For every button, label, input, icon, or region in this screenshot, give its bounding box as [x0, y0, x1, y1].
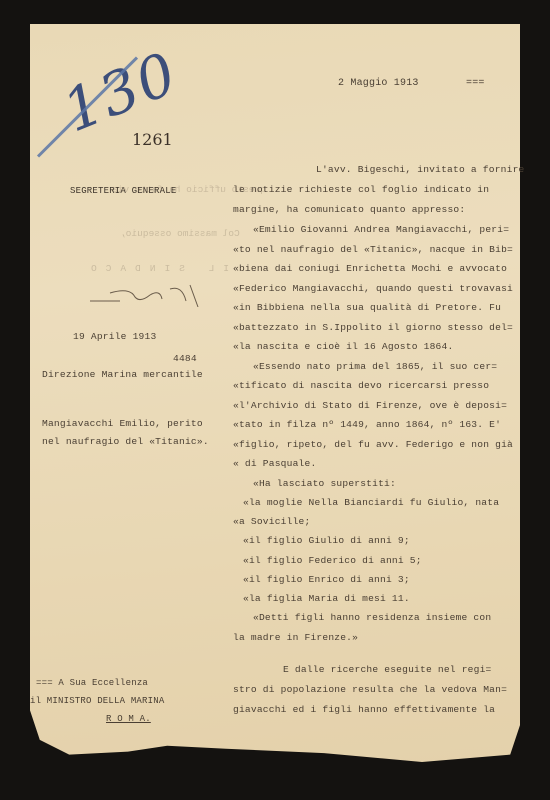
addressee-line-2: il MINISTRO DELLA MARINA: [30, 696, 164, 706]
office-heading: SEGRETERIA GENERALE: [70, 186, 176, 196]
body-line: «battezzato in S.Ippolito il giorno stes…: [233, 322, 513, 333]
reference-date: 19 Aprile 1913: [73, 331, 156, 342]
department: Direzione Marina mercantile: [42, 369, 203, 380]
body-line: «la moglie Nella Bianciardi fu Giulio, n…: [243, 497, 499, 508]
body-line: le notizie richieste col foglio indicato…: [233, 184, 489, 195]
body-line: «Essendo nato prima del 1865, il suo cer…: [253, 361, 497, 372]
body-line: la madre in Firenze.»: [233, 632, 358, 643]
body-line: E dalle ricerche eseguite nel regi=: [283, 664, 492, 675]
body-line: margine, ha comunicato quanto appresso:: [233, 204, 465, 215]
signature-scribble: [90, 283, 200, 307]
body-line: «la nascita e cioè il 16 Agosto 1864.: [233, 341, 453, 352]
body-line: «Emilio Giovanni Andrea Mangiavacchi, pe…: [253, 224, 509, 235]
bleed-through-line-2: Col massimo ossequio,: [120, 228, 240, 239]
body-line: «to nel naufragio del «Titanic», nacque …: [233, 244, 513, 255]
bleed-through-line-3: IL SINDACO: [82, 263, 229, 274]
body-line: «la figlia Maria di mesi 11.: [243, 593, 410, 604]
body-line: «tificato di nascita devo ricercarsi pre…: [233, 380, 489, 391]
body-line: «Ha lasciato superstiti:: [253, 478, 396, 489]
body-line: «l'Archivio di Stato di Firenze, ove è d…: [233, 400, 507, 411]
body-line: «a Sovicille;: [233, 516, 310, 527]
body-line: «il figlio Federico di anni 5;: [243, 555, 422, 566]
body-line: «Federico Mangiavacchi, quando questi tr…: [233, 283, 513, 294]
reference-number: 4484: [173, 353, 197, 364]
body-line: «il figlio Enrico di anni 3;: [243, 574, 410, 585]
body-line: «il figlio Giulio di anni 9;: [243, 535, 410, 546]
body-line: L'avv. Bigeschi, invitato a fornire: [316, 164, 525, 175]
subject-line-1: Mangiavacchi Emilio, perito: [42, 418, 203, 429]
subject-line-2: nel naufragio del «Titanic».: [42, 436, 209, 447]
date-header: 2 Maggio 1913: [338, 78, 419, 89]
body-line: stro di popolazione resulta che la vedov…: [233, 684, 507, 695]
addressee-line-1: === A Sua Eccellenza: [36, 678, 148, 688]
body-line: giavacchi ed i figli hanno effettivament…: [233, 704, 495, 715]
body-line: «figlio, ripeto, del fu avv. Federigo e …: [233, 439, 513, 450]
body-line: «Detti figli hanno residenza insieme con: [253, 612, 491, 623]
body-line: «in Bibbiena nella sua qualità di Pretor…: [233, 302, 501, 313]
stamp-number: 1261: [132, 130, 173, 149]
addressee-city: R O M A.: [92, 714, 165, 726]
body-line: «biena dai coniugi Enrichetta Mochi e av…: [233, 263, 507, 274]
body-line: « di Pasquale.: [233, 458, 316, 469]
date-header-mark: ===: [466, 78, 485, 89]
body-line: «tato in filza nº 1449, anno 1864, nº 16…: [233, 419, 501, 430]
